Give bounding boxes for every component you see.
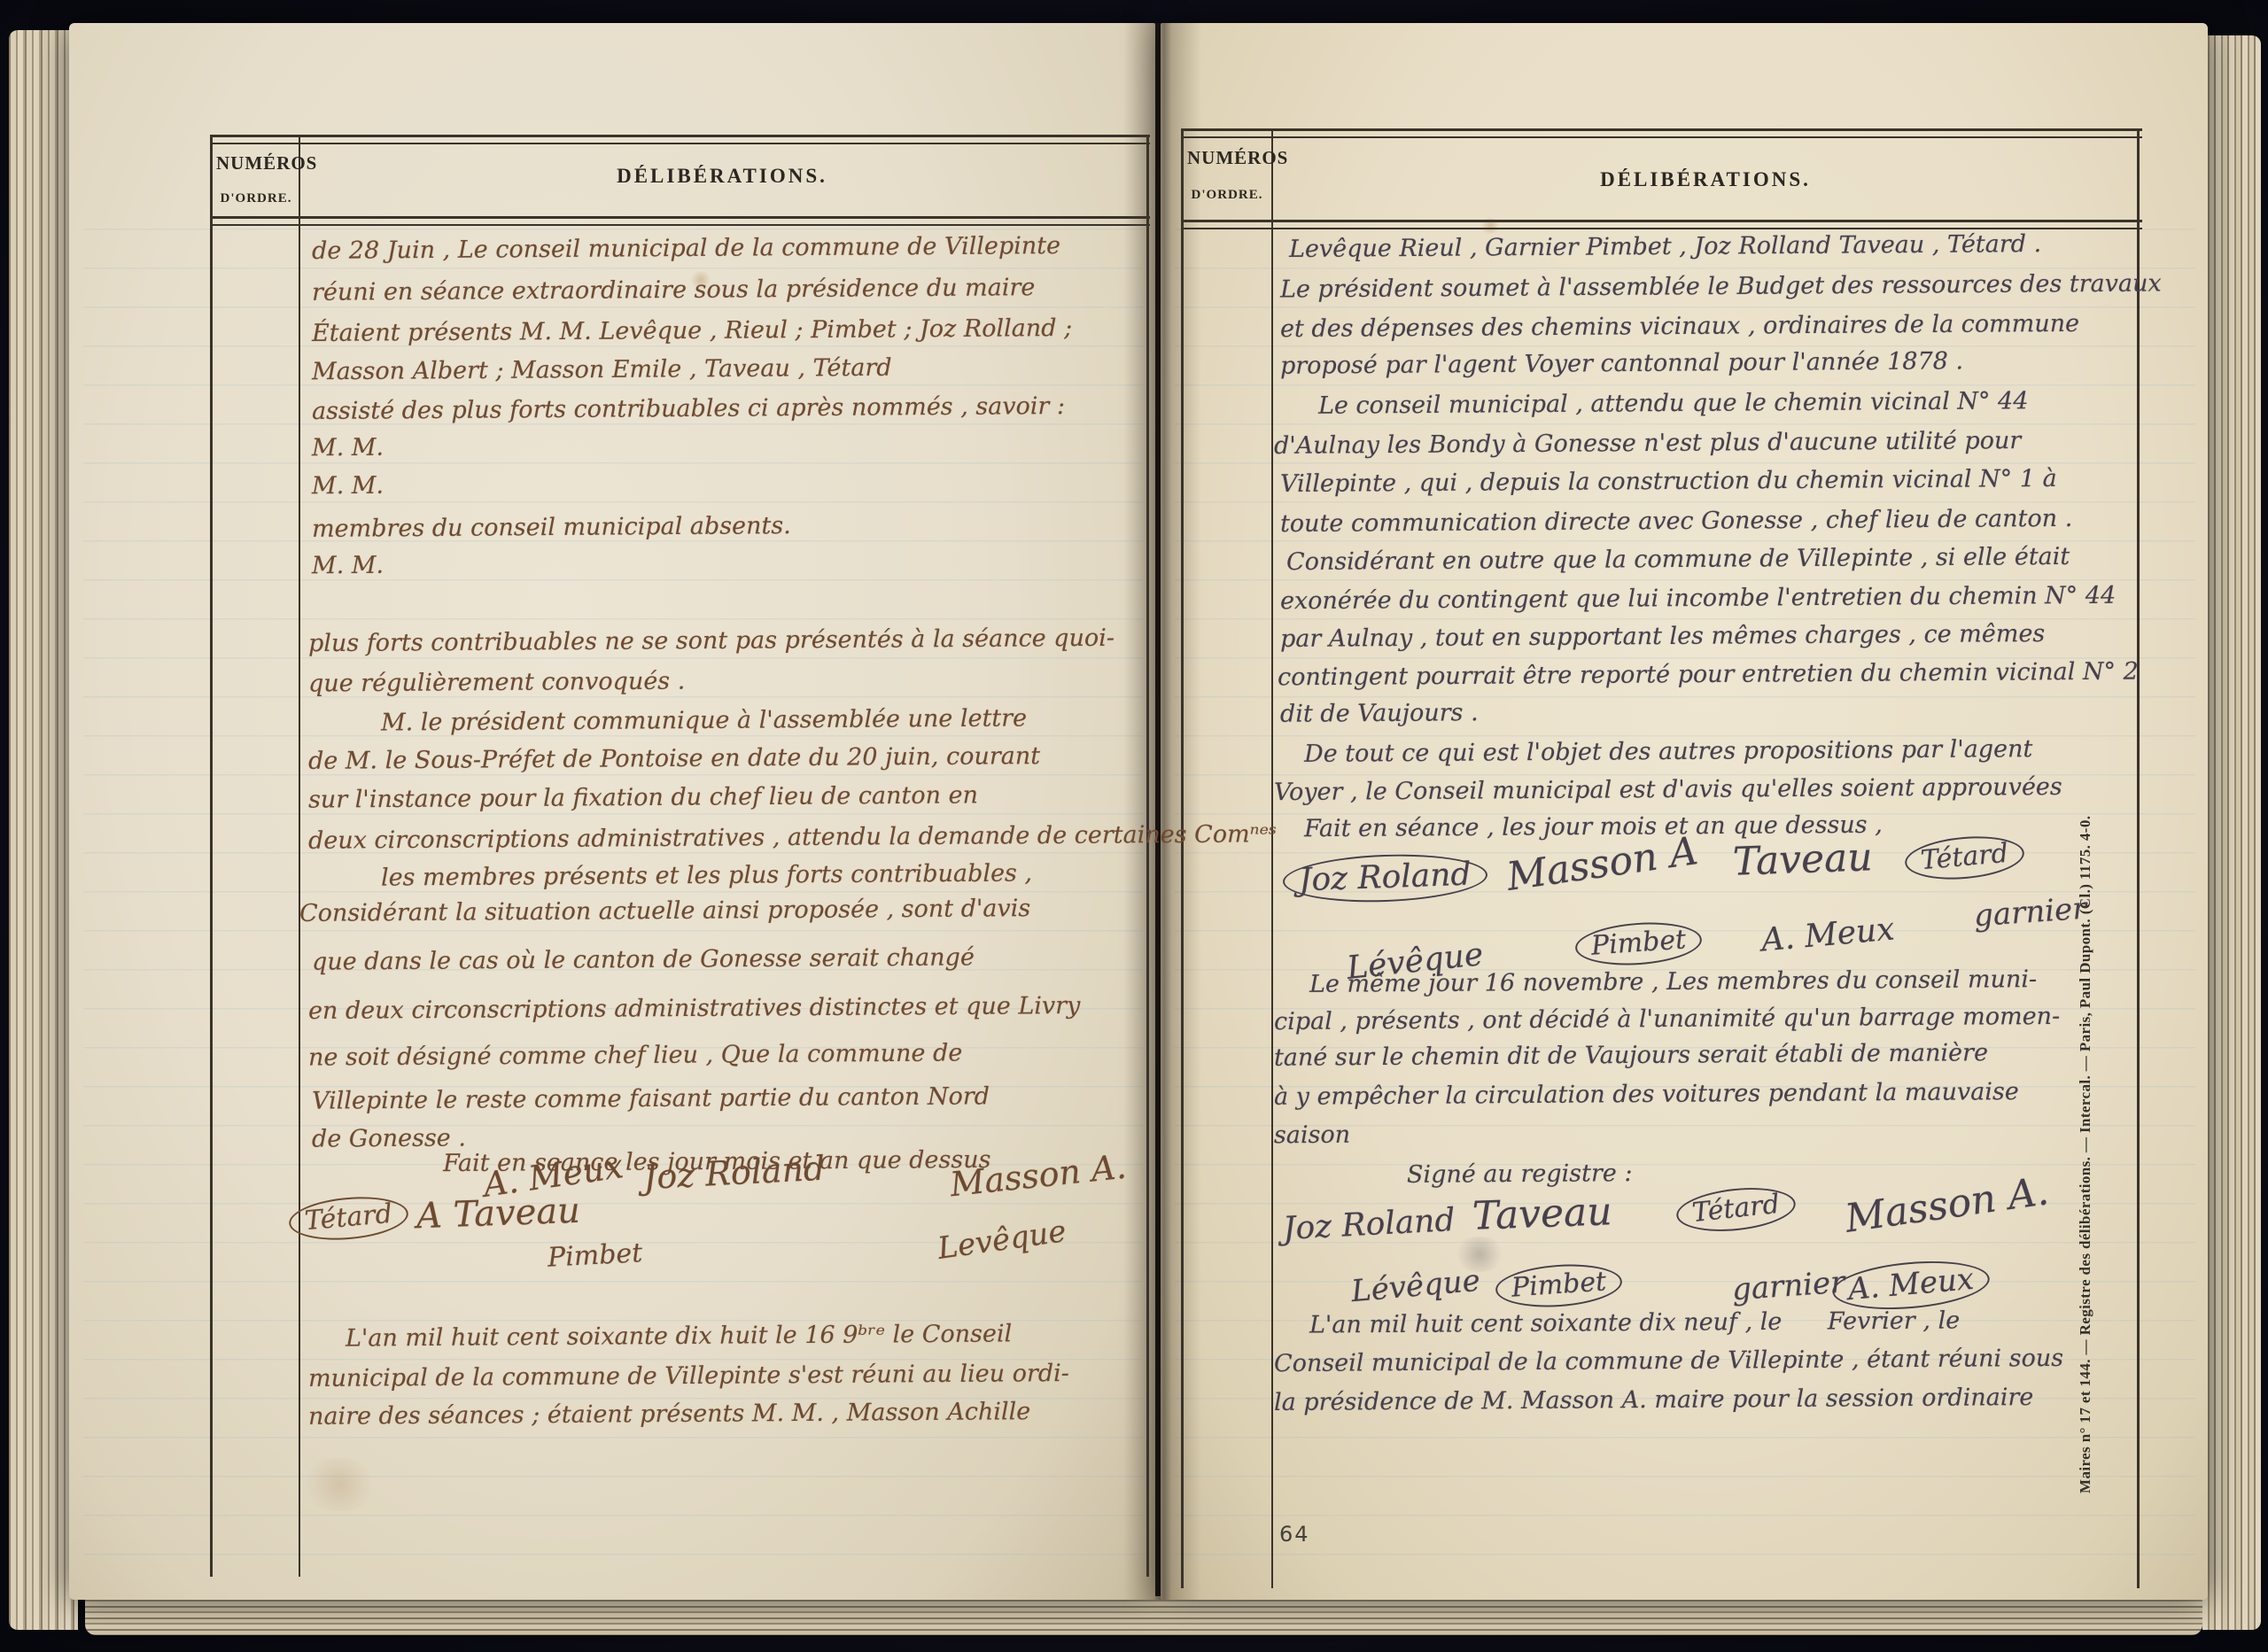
table-left-border-left-page xyxy=(210,135,213,1577)
table-top-rule-left-page xyxy=(210,135,1150,144)
handwritten-line: De tout ce qui est l'objet des autres pr… xyxy=(1304,735,2032,768)
handwritten-line: Conseil municipal de la commune de Ville… xyxy=(1274,1345,2063,1377)
printer-margin-note: Maires n° 17 et 144. — Registre des déli… xyxy=(2077,746,2100,1563)
handwritten-line: Levêque Rieul , Garnier Pimbet , Joz Rol… xyxy=(1289,230,2041,263)
handwritten-line: saison xyxy=(1274,1121,1350,1150)
handwritten-line: de M. le Sous-Préfet de Pontoise en date… xyxy=(308,742,1040,775)
handwritten-line: ne soit désigné comme chef lieu , Que la… xyxy=(308,1039,962,1071)
numeros-column-divider-right-page xyxy=(1271,128,1273,1588)
handwritten-line: les membres présents et les plus forts c… xyxy=(381,859,1032,891)
handwritten-line: que dans le cas où le canton de Gonesse … xyxy=(312,943,975,975)
handwritten-line: L'an mil huit cent soixante dix neuf , l… xyxy=(1309,1307,1960,1338)
handwritten-line: proposé par l'agent Voyer cantonnal pour… xyxy=(1280,347,1963,379)
paper-stain xyxy=(299,1458,379,1511)
handwritten-line: M. M. xyxy=(312,472,384,500)
handwritten-line: Voyer , le Conseil municipal est d'avis … xyxy=(1274,773,2062,806)
column-header-ordre-left: D'ORDRE. xyxy=(216,191,296,206)
handwritten-line: par Aulnay , tout en supportant les même… xyxy=(1280,620,2045,653)
handwritten-line: M. le président communique à l'assemblée… xyxy=(381,704,1027,736)
handwritten-line: plus forts contribuables ne se sont pas … xyxy=(308,624,1115,657)
numeros-column-divider-left-page xyxy=(299,135,300,1577)
handwritten-line: assisté des plus forts contribuables ci … xyxy=(312,392,1065,425)
signature: Taveau xyxy=(1732,834,1873,884)
table-right-border-right-page xyxy=(2137,128,2140,1588)
handwritten-line: exonérée du contingent que lui incombe l… xyxy=(1280,582,2116,616)
handwritten-line: en deux circonscriptions administratives… xyxy=(308,992,1081,1025)
handwritten-line: cipal , présents , ont décidé à l'unanim… xyxy=(1274,1003,2060,1035)
book-page-stack-bottom xyxy=(85,1596,2202,1635)
page-number: 64 xyxy=(1279,1522,1310,1547)
handwritten-line: de 28 Juin , Le conseil municipal de la … xyxy=(312,232,1060,265)
handwritten-line: tané sur le chemin dit de Vaujours serai… xyxy=(1274,1039,1988,1072)
table-top-rule-right-page xyxy=(1181,128,2142,138)
handwritten-line: membres du conseil municipal absents. xyxy=(312,512,791,543)
column-header-deliberations-right: DÉLIBÉRATIONS. xyxy=(1347,168,2064,191)
signature: A Taveau xyxy=(416,1191,580,1237)
handwritten-line: Signé au registre : xyxy=(1407,1160,1633,1189)
handwritten-line: Villepinte , qui , depuis la constructio… xyxy=(1280,465,2057,498)
table-header-bottom-rule-left-page xyxy=(210,216,1150,226)
column-header-numeros-right: NUMÉROS xyxy=(1187,147,1267,169)
book-gutter-shadow xyxy=(1123,23,1201,1600)
handwritten-line: L'an mil huit cent soixante dix huit le … xyxy=(346,1320,1012,1352)
table-header-bottom-rule-right-page xyxy=(1181,220,2142,229)
handwritten-line: Considérant la situation actuelle ainsi … xyxy=(299,895,1030,927)
handwritten-line: d'Aulnay les Bondy à Gonesse n'est plus … xyxy=(1274,427,2021,460)
book-page-stack-right xyxy=(2202,35,2261,1630)
handwritten-line: la présidence de M. Masson A. maire pour… xyxy=(1274,1384,2034,1416)
handwritten-line: que régulièrement convoqués . xyxy=(308,668,685,698)
handwritten-line: toute communication directe avec Gonesse… xyxy=(1280,505,2072,538)
handwritten-line: sur l'instance pour la fixation du chef … xyxy=(308,781,978,813)
handwritten-line: à y empêcher la circulation des voitures… xyxy=(1274,1078,2019,1111)
handwritten-line: et des dépenses des chemins vicinaux , o… xyxy=(1280,310,2079,343)
column-header-ordre-right: D'ORDRE. xyxy=(1187,188,1267,203)
book-page-stack-left xyxy=(9,30,78,1630)
signature: Taveau xyxy=(1472,1189,1612,1238)
handwritten-line: M. M. xyxy=(312,434,384,462)
table-left-border-right-page xyxy=(1181,128,1184,1588)
handwritten-line: municipal de la commune de Villepinte s'… xyxy=(308,1360,1069,1392)
handwritten-line: réuni en séance extraordinaire sous la p… xyxy=(312,274,1035,306)
handwritten-line: Considérant en outre que la commune de V… xyxy=(1286,543,2070,576)
handwritten-line: de Gonesse . xyxy=(312,1124,466,1152)
handwritten-line: Le conseil municipal , attendu que le ch… xyxy=(1318,387,2029,420)
column-header-numeros-left: NUMÉROS xyxy=(216,152,296,175)
handwritten-line: M. M. xyxy=(312,552,384,580)
handwritten-line: Masson Albert ; Masson Emile , Taveau , … xyxy=(312,354,892,386)
column-header-deliberations-left: DÉLIBÉRATIONS. xyxy=(372,165,1072,188)
handwritten-line: Villepinte le reste comme faisant partie… xyxy=(312,1082,990,1114)
handwritten-line: Étaient présents M. M. Levêque , Rieul ;… xyxy=(312,314,1072,347)
handwritten-line: naire des séances ; étaient présents M. … xyxy=(308,1398,1030,1431)
handwritten-line: dit de Vaujours . xyxy=(1280,699,1479,728)
table-right-border-left-page xyxy=(1146,135,1149,1577)
signature: Pimbet xyxy=(547,1237,643,1274)
photograph-of-register: { "book": { "left_page": { "header": { "… xyxy=(0,0,2268,1652)
